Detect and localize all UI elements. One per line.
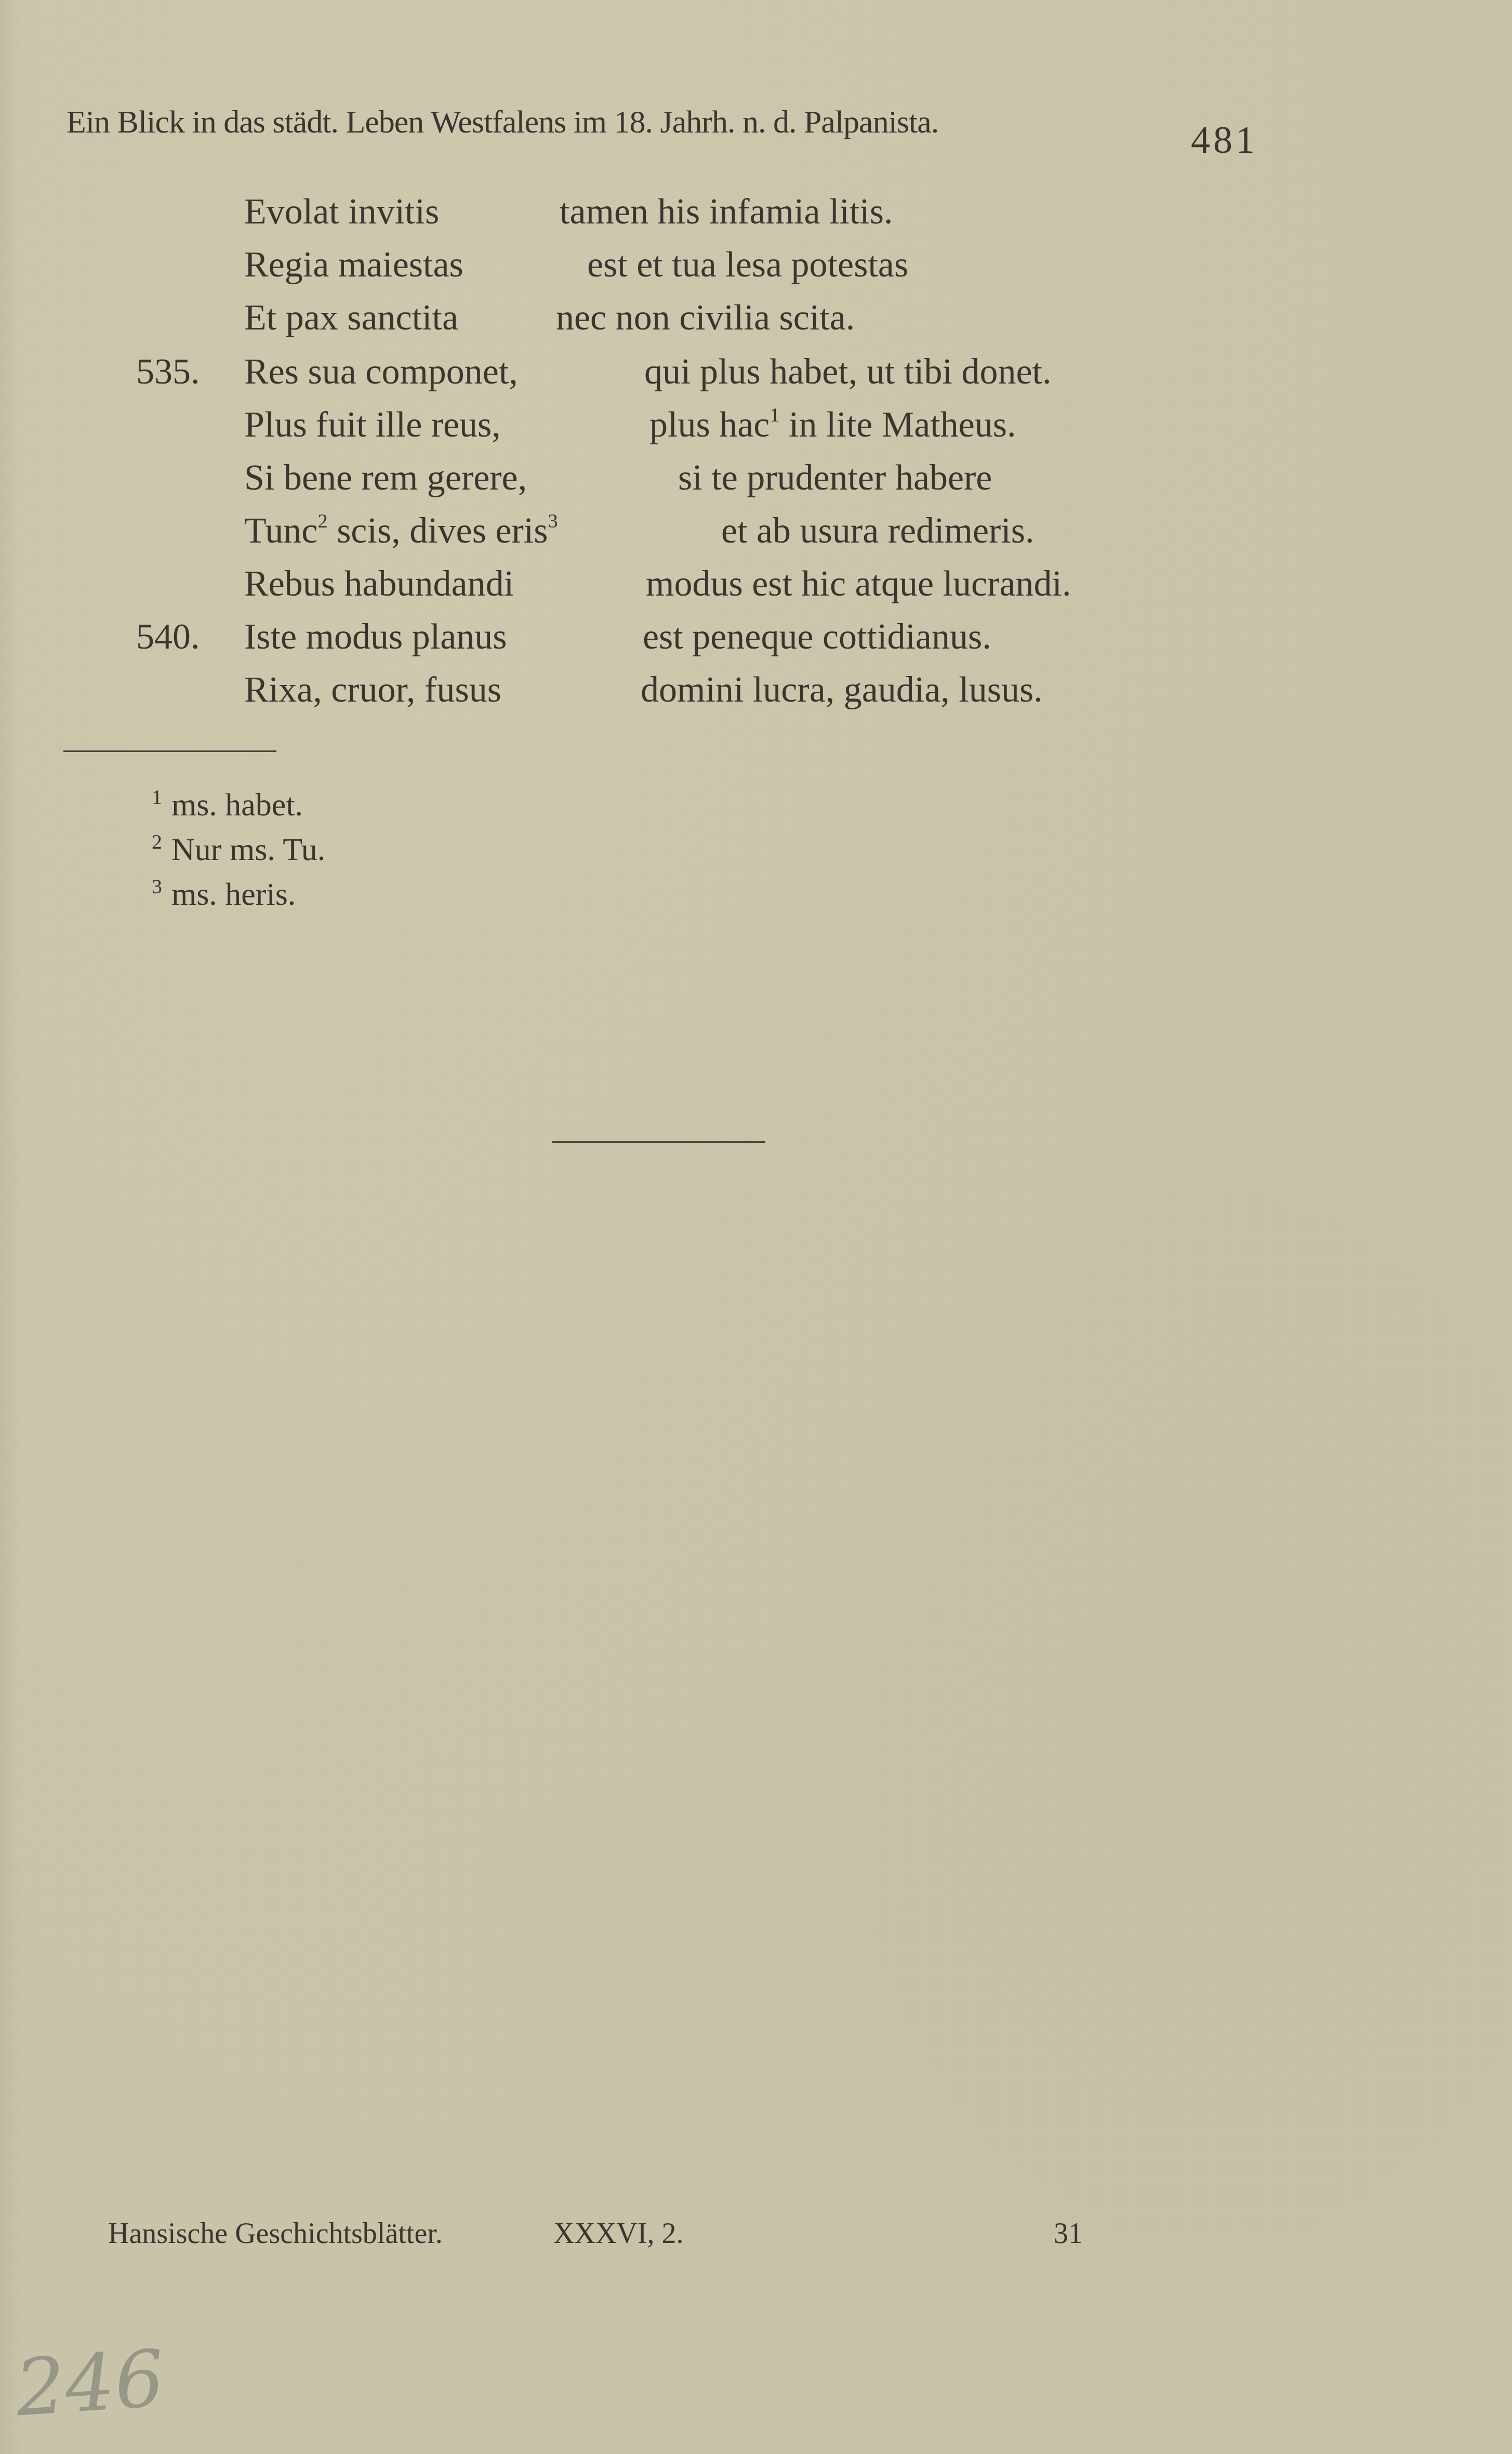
footnote-marker: 1: [152, 785, 162, 809]
verse-line-first-half: Plus fuit ille reus,: [244, 404, 501, 446]
verse-line-first-half: Res sua componet,: [244, 351, 518, 393]
footnote: 1ms. habet.: [152, 785, 303, 824]
verse-line-second-half: modus est hic atque lucrandi.: [646, 563, 1071, 605]
footnote-text: Nur ms. Tu.: [171, 832, 325, 867]
verse-line-first-half: Rixa, cruor, fusus: [244, 669, 501, 711]
footer-volume: XXXVI, 2.: [553, 2217, 683, 2250]
verse-line-first-half: Si bene rem gerere,: [244, 457, 527, 499]
verse-line-second-half: nec non civilia scita.: [556, 297, 855, 339]
footnote-ref[interactable]: 1: [770, 404, 779, 426]
verse-line-second-half: qui plus habet, ut tibi donet.: [644, 351, 1052, 393]
verse-line-first-half: Tunc2 scis, dives eris3: [244, 510, 558, 552]
footnote-text: ms. habet.: [171, 787, 303, 823]
footnote-marker: 3: [152, 875, 162, 898]
section-end-rule: [552, 1141, 765, 1143]
footnote: 2Nur ms. Tu.: [152, 829, 325, 868]
footnote: 3ms. heris.: [152, 874, 296, 913]
verse-line-second-half: est et tua lesa potestas: [587, 244, 908, 286]
footnote-separator: [63, 750, 276, 752]
footer-journal: Hansische Geschichtsblätter.: [108, 2217, 443, 2250]
verse-line-second-half: et ab usura redimeris.: [721, 510, 1034, 552]
line-number: 535.: [136, 351, 200, 393]
running-title: Ein Blick in das städt. Leben Westfalens…: [67, 104, 938, 141]
footnote-text: ms. heris.: [171, 877, 296, 912]
show-through-text: [364, 743, 379, 814]
footnote-ref[interactable]: 3: [548, 510, 558, 532]
verse-line-first-half: Et pax sanctita: [244, 297, 458, 339]
footnote-ref[interactable]: 2: [317, 510, 327, 532]
footer-signature: 31: [1054, 2217, 1083, 2250]
verse-line-second-half: si te prudenter habere: [678, 457, 992, 499]
page-number: 481: [1191, 118, 1258, 163]
verse-line-first-half: Regia maiestas: [244, 244, 463, 286]
verse-line-second-half: est peneque cottidianus.: [643, 616, 991, 658]
footnote-marker: 2: [152, 830, 162, 853]
verse-line-second-half: plus hac1 in lite Matheus.: [649, 404, 1016, 446]
verse-line-first-half: Evolat invitis: [244, 191, 439, 233]
verse-line-first-half: Rebus habundandi: [244, 563, 514, 605]
verse-line-second-half: tamen his infamia litis.: [560, 191, 893, 233]
handwritten-annotation: 246: [12, 2333, 167, 2434]
line-number: 540.: [136, 616, 200, 658]
verse-line-first-half: Iste modus planus: [244, 616, 507, 658]
verse-line-second-half: domini lucra, gaudia, lusus.: [641, 669, 1043, 711]
